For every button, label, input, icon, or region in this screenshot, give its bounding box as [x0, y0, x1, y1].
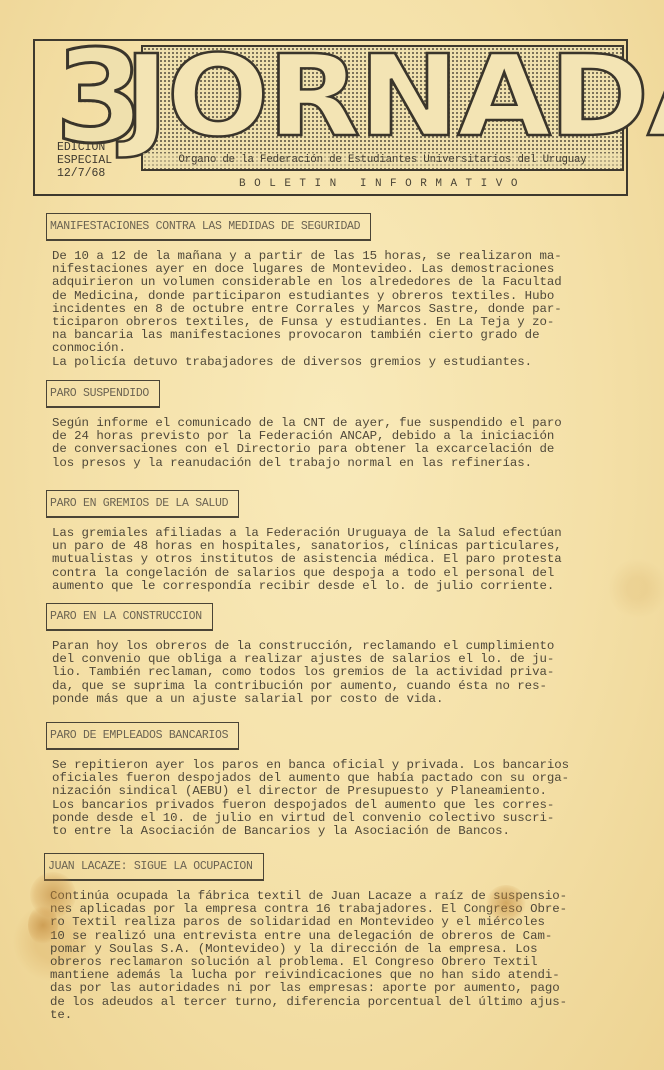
text-line: de conversaciones con el Directorio para…	[52, 443, 624, 456]
text-line: das por las autoridades ni por las empre…	[50, 982, 622, 995]
boletin-label: BOLETIN INFORMATIVO	[141, 178, 624, 190]
text-line: aumento que le correspondía recibir desd…	[52, 580, 624, 593]
issue-number: 3	[55, 49, 121, 147]
article-paro-bancarios: PARO DE EMPLEADOS BANCARIOS Se repitiero…	[46, 722, 626, 838]
text-line: conmoción.	[52, 342, 624, 355]
article-juan-lacaze: JUAN LACAZE: SIGUE LA OCUPACION Continúa…	[44, 853, 624, 1022]
text-line: da, que se suprima la contribución por a…	[52, 680, 624, 693]
masthead: 3 EDICION ESPECIAL 12/7/68 JORNADA Organ…	[33, 39, 628, 196]
article-body: Paran hoy los obreros de la construcción…	[52, 640, 624, 706]
article-body: Continúa ocupada la fábrica textil de Ju…	[50, 890, 622, 1022]
article-headline: PARO EN LA CONSTRUCCION	[46, 603, 213, 631]
article-headline: PARO DE EMPLEADOS BANCARIOS	[46, 722, 239, 750]
text-line: Los bancarios privados fueron despojados…	[52, 799, 624, 812]
article-headline: JUAN LACAZE: SIGUE LA OCUPACION	[44, 853, 264, 881]
title-box: JORNADA Organo de la Federación de Estud…	[141, 45, 624, 171]
text-line: contra la congelación de salarios que de…	[52, 567, 624, 580]
article-body: Según informe el comunicado de la CNT de…	[52, 417, 624, 470]
article-manifestaciones: MANIFESTACIONES CONTRA LAS MEDIDAS DE SE…	[46, 213, 626, 369]
text-line: La policía detuvo trabajadores de divers…	[52, 356, 624, 369]
text-line: lio. También reclaman, como todos los gr…	[52, 666, 624, 679]
text-line: de Medicina, donde participaron estudian…	[52, 290, 624, 303]
text-line: 10 se realizó una entrevista entre una d…	[50, 930, 622, 943]
article-body: Las gremiales afiliadas a la Federación …	[52, 527, 624, 593]
text-line: te.	[50, 1009, 622, 1022]
publication-subtitle: Organo de la Federación de Estudiantes U…	[143, 153, 622, 167]
text-line: ro Textil realiza paros de solidaridad e…	[50, 916, 622, 929]
article-body: Se repitieron ayer los paros en banca of…	[52, 759, 624, 838]
text-line: los presos y la reanudación del trabajo …	[52, 457, 624, 470]
article-paro-suspendido: PARO SUSPENDIDO Según informe el comunic…	[46, 380, 626, 470]
publication-title: JORNADA	[124, 45, 641, 149]
article-paro-salud: PARO EN GREMIOS DE LA SALUD Las gremiale…	[46, 490, 626, 593]
article-headline: MANIFESTACIONES CONTRA LAS MEDIDAS DE SE…	[46, 213, 371, 241]
text-line: mutualistas y otros institutos de asiste…	[52, 553, 624, 566]
article-paro-construccion: PARO EN LA CONSTRUCCION Paran hoy los ob…	[46, 603, 626, 706]
text-line: adquirieron un volumen considerable en l…	[52, 276, 624, 289]
text-line: ponde más que a un ajuste salarial por c…	[52, 693, 624, 706]
article-headline: PARO EN GREMIOS DE LA SALUD	[46, 490, 239, 518]
article-body: De 10 a 12 de la mañana y a partir de la…	[52, 250, 624, 369]
text-line: to entre la Asociación de Bancarios y la…	[52, 825, 624, 838]
newsletter-page: 3 EDICION ESPECIAL 12/7/68 JORNADA Organ…	[0, 0, 664, 1070]
text-line: de los adeudos al tercer turno, diferenc…	[50, 996, 622, 1009]
article-headline: PARO SUSPENDIDO	[46, 380, 160, 408]
text-line: nización sindical (AEBU) el director de …	[52, 785, 624, 798]
text-line: na bancaria las manifestaciones provocar…	[52, 329, 624, 342]
